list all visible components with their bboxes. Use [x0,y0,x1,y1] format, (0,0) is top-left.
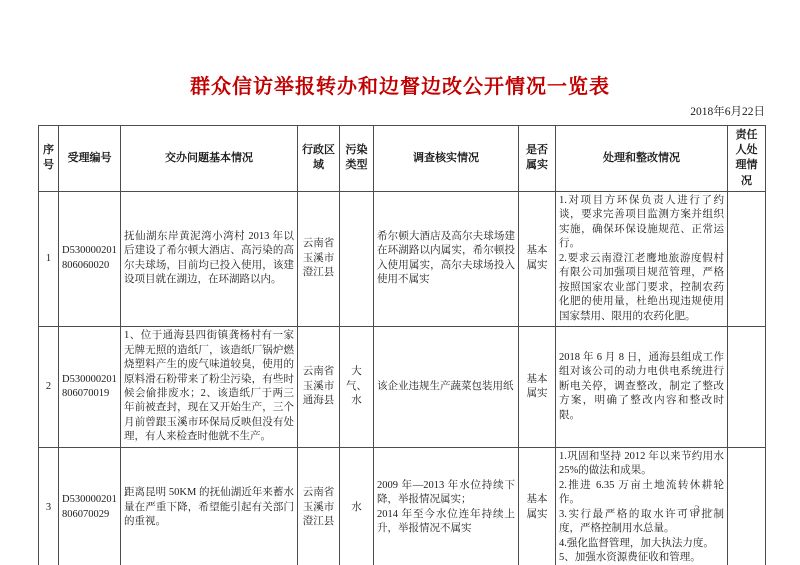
cell-is-true: 基本属实 [519,447,556,565]
date-label: 2018年6月22日 [38,103,765,119]
col-header-is-true: 是否属实 [519,126,556,192]
page-title: 群众信访举报转办和边督边改公开情况一览表 [0,70,800,99]
cell-problem: 1、位于通海县四街镇龚杨村有一家无牌无照的造纸厂，该造纸厂锅炉燃烧塑料产生的废气… [121,327,298,448]
cell-verification: 希尔顿大酒店及高尔夫球场建在环湖路以内属实，希尔顿投入使用属实，高尔夫球场投入使… [374,191,519,326]
cell-handling: 2018 年 6 月 8 日，通海县组成工作组对该公司的动力电供电系统进行断电关… [556,327,728,448]
col-header-verification: 调查核实情况 [374,126,519,192]
table-header: 序号 受理编号 交办问题基本情况 行政区域 污染类型 调查核实情况 是否属实 处… [39,126,766,192]
col-header-region: 行政区域 [298,126,340,192]
table-row: 1 D530000201806060020 抚仙湖东岸黄泥湾小湾村 2013 年… [39,191,766,326]
cell-pollution-type: 水 [340,447,374,565]
col-header-problem: 交办问题基本情况 [121,126,298,192]
cell-seq: 1 [39,191,59,326]
cell-is-true: 基本属实 [519,191,556,326]
cell-pollution-type: 大气、水 [340,327,374,448]
header-row: 序号 受理编号 交办问题基本情况 行政区域 污染类型 调查核实情况 是否属实 处… [39,126,766,192]
cell-verification: 该企业违规生产蔬菜包装用纸 [374,327,519,448]
cell-seq: 2 [39,327,59,448]
page-number: - 3 - [681,502,716,517]
cell-region: 云南省玉溪市澄江县 [298,191,340,326]
table-row: 3 D530000201806070029 距离昆明 50KM 的抚仙湖近年来蓄… [39,447,766,565]
cell-case-no: D530000201806060020 [59,191,121,326]
col-header-seq: 序号 [39,126,59,192]
cell-responsible [728,191,766,326]
cell-case-no: D530000201806070029 [59,447,121,565]
cell-responsible [728,327,766,448]
cell-is-true: 基本属实 [519,327,556,448]
cell-verification: 2009 年—2013 年水位持续下降，举报情况属实； 2014 年至今水位连年… [374,447,519,565]
cell-case-no: D530000201806070019 [59,327,121,448]
cell-region: 云南省玉溪市通海县 [298,327,340,448]
cell-problem: 抚仙湖东岸黄泥湾小湾村 2013 年以后建设了希尔顿大酒店、高污染的高尔夫球场，… [121,191,298,326]
col-header-pollution-type: 污染类型 [340,126,374,192]
col-header-handling: 处理和整改情况 [556,126,728,192]
petition-report-table: 序号 受理编号 交办问题基本情况 行政区域 污染类型 调查核实情况 是否属实 处… [38,125,766,565]
cell-problem: 距离昆明 50KM 的抚仙湖近年来蓄水量在严重下降，希望能引起有关部门的重视。 [121,447,298,565]
table-body: 1 D530000201806060020 抚仙湖东岸黄泥湾小湾村 2013 年… [39,191,766,565]
col-header-responsible: 责任人处理情况 [728,126,766,192]
cell-handling: 1.对项目方环保负责人进行了约谈，要求完善项目监测方案并组织实施，确保环保设施规… [556,191,728,326]
cell-seq: 3 [39,447,59,565]
cell-region: 云南省玉溪市澄江县 [298,447,340,565]
cell-pollution-type [340,191,374,326]
table-row: 2 D530000201806070019 1、位于通海县四街镇龚杨村有一家无牌… [39,327,766,448]
col-header-case-no: 受理编号 [59,126,121,192]
cell-responsible [728,447,766,565]
